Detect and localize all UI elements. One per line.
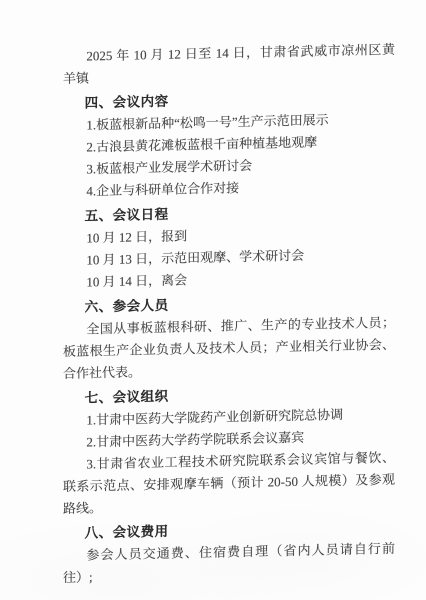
list-item: 3.甘肃省农业工程技术研究院联系会议宾馆与餐饮、联系示范点、安排观摩车辆（预计 … [63,447,395,520]
paragraph: 参会人员交通费、住宿费自理（省内人员请自行前往）; [63,538,395,589]
scanned-document-page: 2025 年 10 月 12 日至 14 日，甘肃省武威市凉州区黄羊镇 四、会议… [0,0,426,600]
opening-paragraph: 2025 年 10 月 12 日至 14 日，甘肃省武威市凉州区黄羊镇 [63,39,395,90]
document-content: 2025 年 10 月 12 日至 14 日，甘肃省武威市凉州区黄羊镇 四、会议… [63,39,395,589]
paragraph: 全国从事板蓝根科研、推广、生产的专业技术人员；板蓝根生产企业负责人及技术人员；产… [63,312,395,385]
